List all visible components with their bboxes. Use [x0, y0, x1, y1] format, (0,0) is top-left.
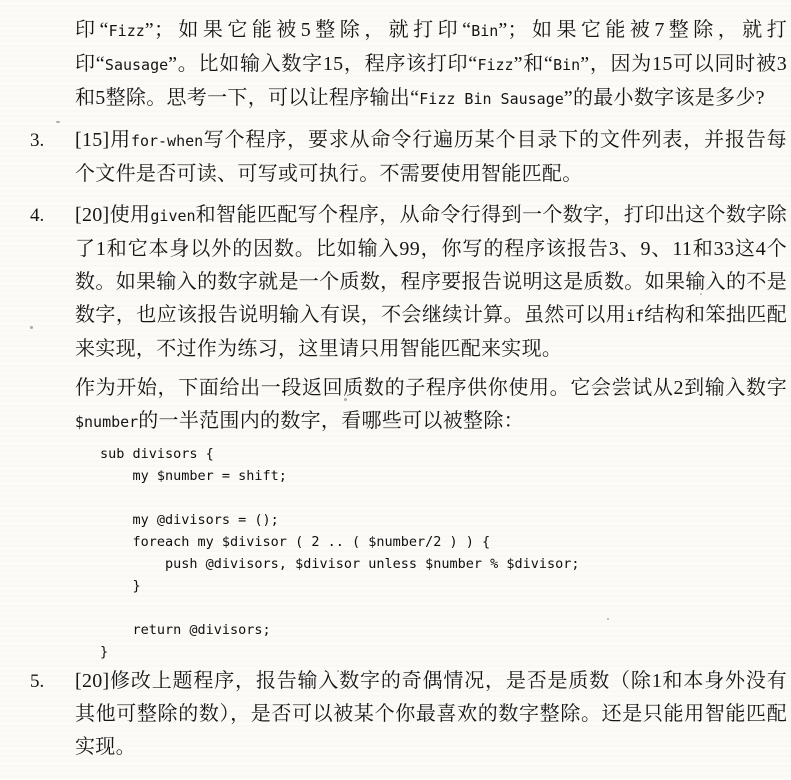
- text-run: [15]用: [75, 129, 131, 151]
- inline-code: Fizz: [477, 56, 513, 74]
- text-run: ”和“: [514, 53, 554, 75]
- page-text-column: 印“Fizz”；如果它能被5整除，就打印“Bin”；如果它能被7整除，就打印“S…: [75, 14, 787, 764]
- scan-speck: [30, 326, 33, 329]
- scan-speck: [607, 618, 609, 620]
- exercise-4-text: [20]使用given和智能匹配写个程序，从命令行得到一个数字，打印出这个数字除…: [75, 199, 787, 366]
- text-run: ”。比如输入数字15，程序该打印“: [168, 53, 477, 75]
- exercise-5-text: [20]修改上题程序，报告输入数字的奇偶情况，是否是质数（除1和本身外没有其他可…: [75, 665, 787, 764]
- scan-speck: [56, 121, 60, 123]
- inline-code: Fizz: [109, 22, 145, 40]
- exercise-item-4: 4. [20]使用given和智能匹配写个程序，从命令行得到一个数字，打印出这个…: [75, 199, 787, 663]
- scan-speck: [700, 293, 702, 295]
- exercise-4-followup-text: 作为开始，下面给出一段返回质数的子程序供你使用。它会尝试从2到输入数字$numb…: [75, 372, 787, 439]
- inline-code: given: [150, 207, 195, 225]
- perl-divisors-code-listing: sub divisors { my $number = shift; my @d…: [100, 443, 787, 663]
- inline-code: $number: [75, 413, 138, 431]
- inline-code: Fizz Bin Sausage: [419, 90, 564, 108]
- text-run: 的一半范围内的数字，看哪些可以被整除：: [138, 410, 524, 432]
- inline-code: for-when: [131, 132, 203, 150]
- inline-code: Bin: [553, 56, 580, 74]
- text-run: 作为开始，下面给出一段返回质数的子程序供你使用。它会尝试从2到输入数字: [75, 377, 787, 399]
- scan-speck: [337, 670, 339, 672]
- inline-code: Sausage: [105, 56, 168, 74]
- inline-code: if: [626, 307, 644, 325]
- text-run: ”；如果它能被5整除，就打印“: [145, 19, 471, 41]
- inline-code: Bin: [471, 22, 498, 40]
- exercise-item-5: 5. [20]修改上题程序，报告输入数字的奇偶情况，是否是质数（除1和本身外没有…: [75, 665, 787, 764]
- text-run: ”的最小数字该是多少?: [564, 87, 765, 109]
- exercise-5-number: 5.: [30, 665, 44, 698]
- exercise-3-number: 3.: [30, 124, 44, 157]
- exercise-item-3: 3. [15]用for-when写个程序，要求从命令行遍历某个目录下的文件列表，…: [75, 124, 787, 191]
- text-run: [20]使用: [75, 204, 150, 226]
- exercise-3-text: [15]用for-when写个程序，要求从命令行遍历某个目录下的文件列表，并报告…: [75, 124, 787, 191]
- text-run: [20]修改上题程序，报告输入数字的奇偶情况，是否是质数（除1和本身外没有其他可…: [75, 670, 787, 758]
- paragraph-fizz-bin-continuation: 印“Fizz”；如果它能被5整除，就打印“Bin”；如果它能被7整除，就打印“S…: [75, 14, 787, 116]
- book-page: 印“Fizz”；如果它能被5整除，就打印“Bin”；如果它能被7整除，就打印“S…: [0, 0, 791, 780]
- scan-speck: [344, 398, 347, 401]
- exercise-4-number: 4.: [30, 199, 44, 232]
- text-run: 印“: [75, 19, 109, 41]
